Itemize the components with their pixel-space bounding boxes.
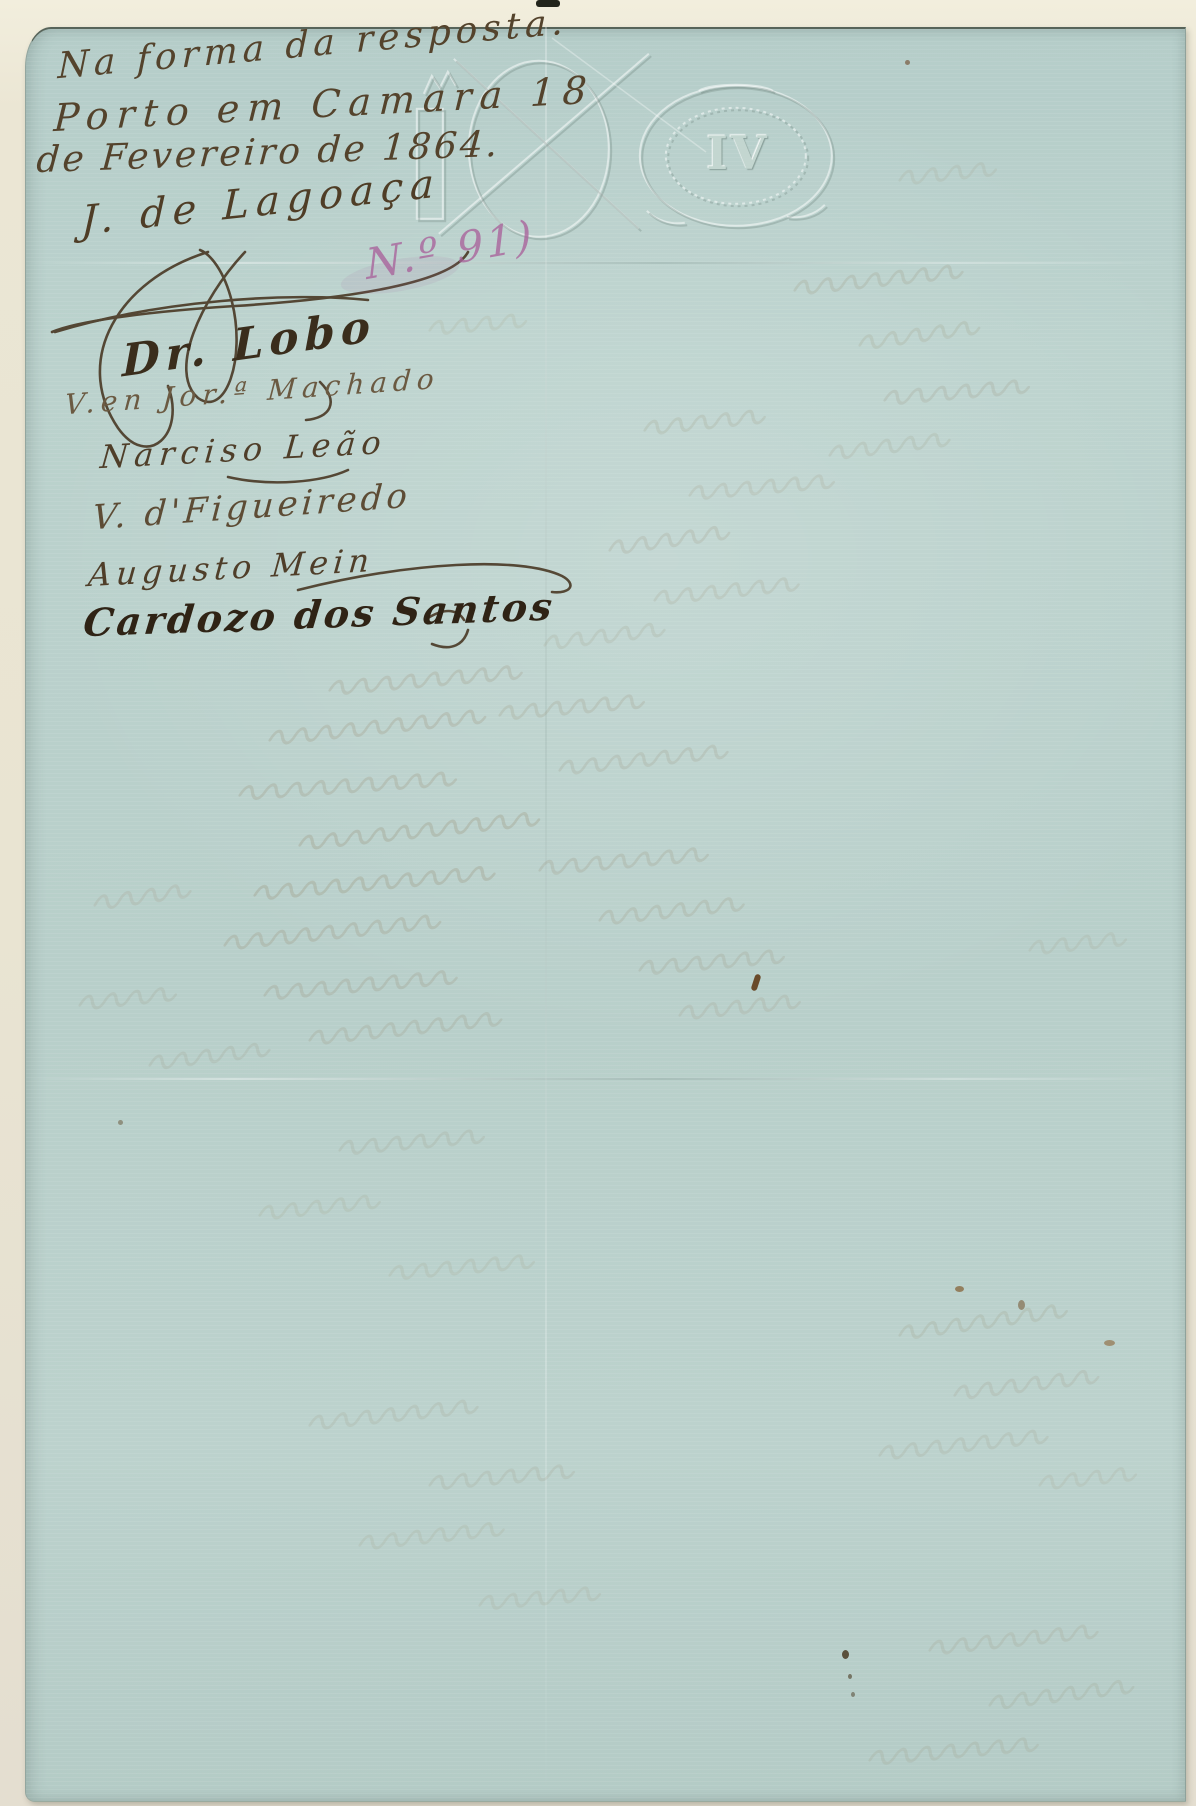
fold-crease-vertical — [545, 27, 547, 1799]
embossed-seal-numeral: IV — [698, 126, 778, 180]
blue-laid-paper-sheet — [25, 27, 1186, 1802]
fold-crease-horizontal-upper — [25, 262, 1184, 264]
stain — [118, 1120, 123, 1125]
stain — [1018, 1300, 1025, 1310]
fold-crease-horizontal-middle — [25, 1078, 1184, 1080]
stain — [536, 0, 560, 7]
stain — [905, 60, 910, 65]
stain — [1104, 1340, 1115, 1346]
stain — [955, 1286, 964, 1292]
stain — [851, 1692, 855, 1697]
stain — [842, 1650, 849, 1659]
stain — [848, 1674, 852, 1679]
scanned-document: Na forma da resposta. Porto em Camara 18… — [0, 0, 1196, 1806]
